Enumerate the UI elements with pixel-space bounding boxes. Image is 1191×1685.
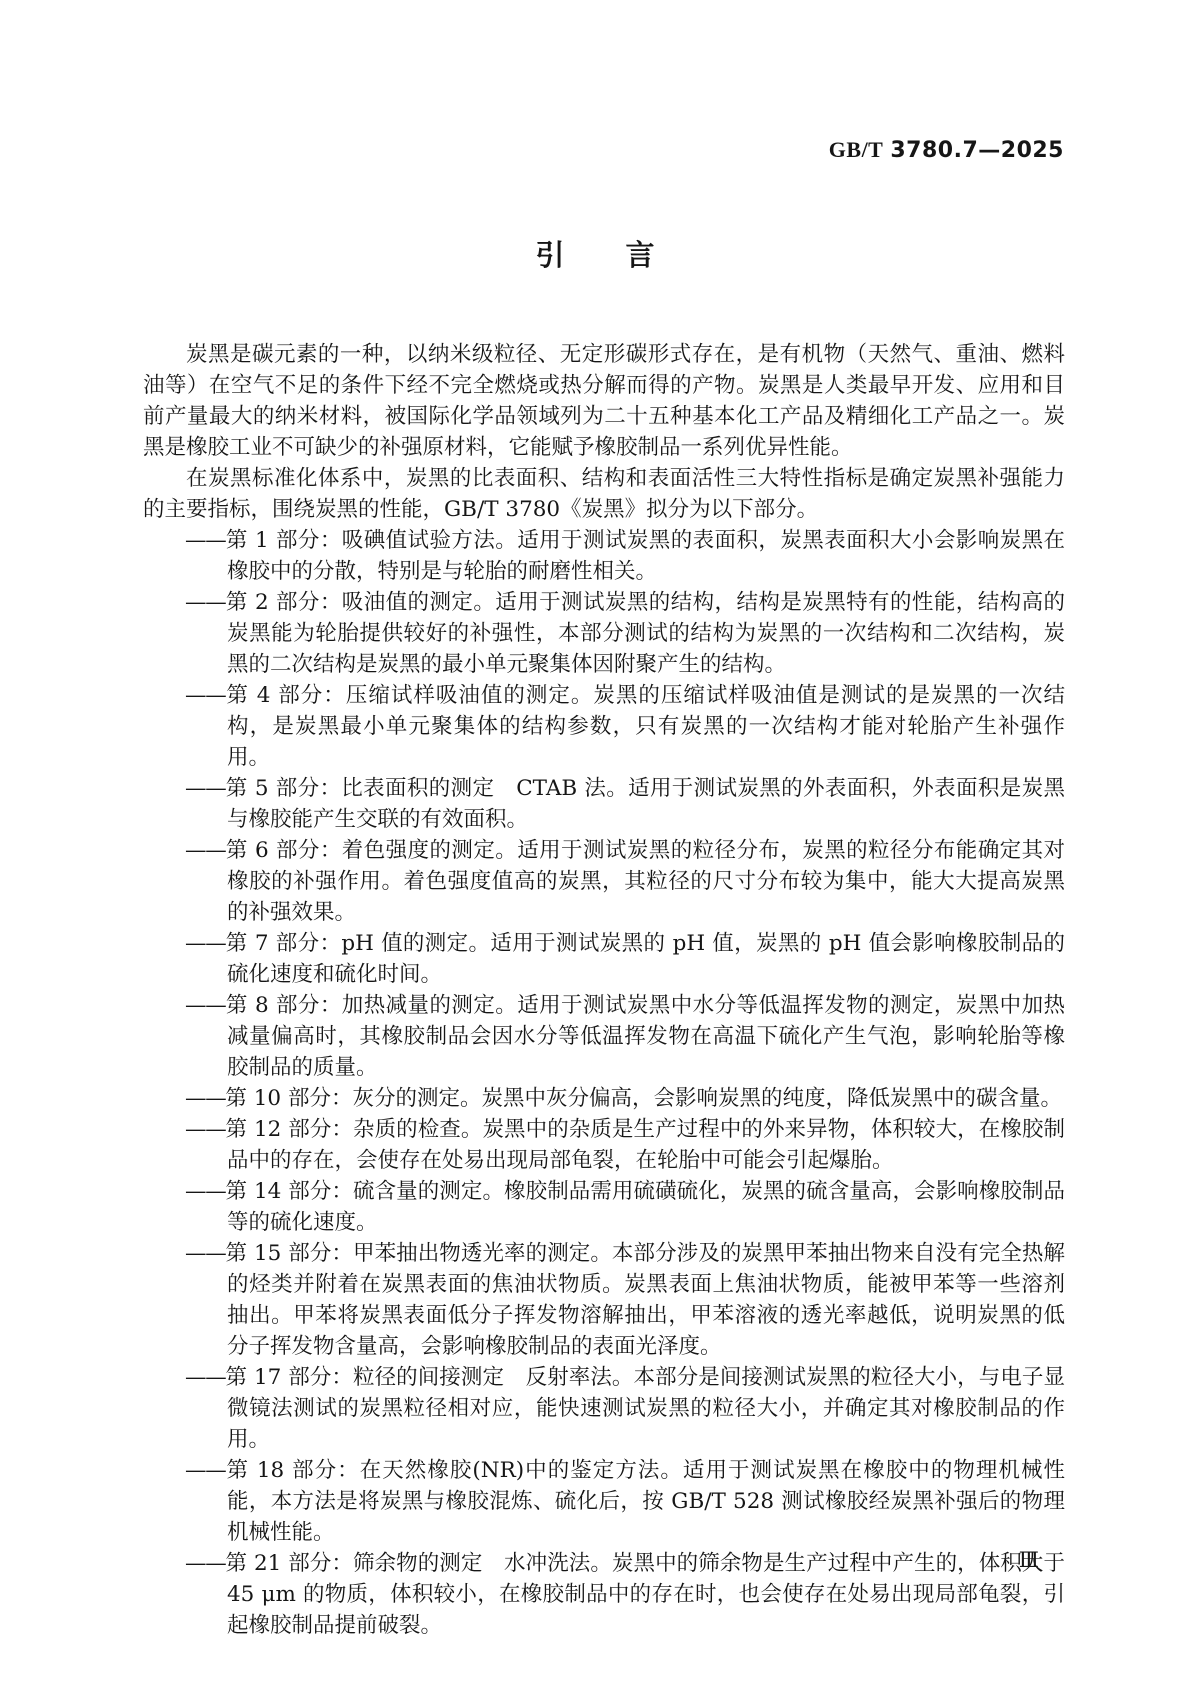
item-dash: —— — [185, 931, 225, 956]
part-item-10: ——第 10 部分：灰分的测定。炭黑中灰分偏高，会影响炭黑的纯度，降低炭黑中的碳… — [227, 1083, 1065, 1114]
standard-number: GB/T3780.7—2025 — [829, 138, 1064, 163]
part-item-15: ——第 15 部分：甲苯抽出物透光率的测定。本部分涉及的炭黑甲苯抽出物来自没有完… — [227, 1238, 1065, 1362]
part-item-1: ——第 1 部分：吸碘值试验方法。适用于测试炭黑的表面积，炭黑表面积大小会影响炭… — [227, 525, 1065, 587]
part-item-text: 第 18 部分：在天然橡胶(NR)中的鉴定方法。适用于测试炭黑在橡胶中的物理机械… — [225, 1458, 1065, 1545]
item-dash: —— — [185, 1458, 225, 1483]
item-dash: —— — [185, 1117, 225, 1142]
intro-paragraph-2: 在炭黑标准化体系中，炭黑的比表面积、结构和表面活性三大特性指标是确定炭黑补强能力… — [143, 463, 1065, 525]
part-item-text: 第 8 部分：加热减量的测定。适用于测试炭黑中水分等低温挥发物的测定，炭黑中加热… — [225, 993, 1065, 1080]
part-item-text: 第 6 部分：着色强度的测定。适用于测试炭黑的粒径分布，炭黑的粒径分布能确定其对… — [225, 838, 1065, 925]
standard-code: 3780.7—2025 — [890, 138, 1064, 163]
part-item-text: 第 17 部分：粒径的间接测定 反射率法。本部分是间接测试炭黑的粒径大小，与电子… — [225, 1365, 1065, 1452]
part-item-7: ——第 7 部分：pH 值的测定。适用于测试炭黑的 pH 值，炭黑的 pH 值会… — [227, 928, 1065, 990]
part-item-8: ——第 8 部分：加热减量的测定。适用于测试炭黑中水分等低温挥发物的测定，炭黑中… — [227, 990, 1065, 1083]
item-dash: —— — [185, 1365, 225, 1390]
item-dash: —— — [185, 1241, 225, 1266]
part-item-5: ——第 5 部分：比表面积的测定 CTAB 法。适用于测试炭黑的外表面积，外表面… — [227, 773, 1065, 835]
page-number: Ⅲ — [1019, 1548, 1039, 1573]
part-item-text: 第 2 部分：吸油值的测定。适用于测试炭黑的结构，结构是炭黑特有的性能，结构高的… — [225, 590, 1065, 677]
part-item-12: ——第 12 部分：杂质的检查。炭黑中的杂质是生产过程中的外来异物，体积较大，在… — [227, 1114, 1065, 1176]
item-dash: —— — [185, 838, 225, 863]
item-dash: —— — [185, 590, 225, 615]
page-title: 引 言 — [0, 238, 1191, 273]
part-item-text: 第 21 部分：筛余物的测定 水冲洗法。炭黑中的筛余物是生产过程中产生的，体积大… — [225, 1551, 1065, 1638]
part-item-17: ——第 17 部分：粒径的间接测定 反射率法。本部分是间接测试炭黑的粒径大小，与… — [227, 1362, 1065, 1455]
item-dash: —— — [185, 993, 225, 1018]
part-item-text: 第 4 部分：压缩试样吸油值的测定。炭黑的压缩试样吸油值是测试的是炭黑的一次结构… — [225, 683, 1065, 770]
part-item-text: 第 15 部分：甲苯抽出物透光率的测定。本部分涉及的炭黑甲苯抽出物来自没有完全热… — [225, 1241, 1065, 1359]
part-item-text: 第 12 部分：杂质的检查。炭黑中的杂质是生产过程中的外来异物，体积较大，在橡胶… — [225, 1117, 1065, 1173]
introduction-body: 炭黑是碳元素的一种，以纳米级粒径、无定形碳形式存在，是有机物（天然气、重油、燃料… — [143, 339, 1065, 1641]
part-item-18: ——第 18 部分：在天然橡胶(NR)中的鉴定方法。适用于测试炭黑在橡胶中的物理… — [227, 1455, 1065, 1548]
item-dash: —— — [185, 1086, 225, 1111]
part-item-text: 第 7 部分：pH 值的测定。适用于测试炭黑的 pH 值，炭黑的 pH 值会影响… — [225, 931, 1065, 987]
part-item-6: ——第 6 部分：着色强度的测定。适用于测试炭黑的粒径分布，炭黑的粒径分布能确定… — [227, 835, 1065, 928]
intro-paragraph-1: 炭黑是碳元素的一种，以纳米级粒径、无定形碳形式存在，是有机物（天然气、重油、燃料… — [143, 339, 1065, 463]
document-page: GB/T3780.7—2025 引 言 炭黑是碳元素的一种，以纳米级粒径、无定形… — [0, 0, 1191, 1685]
part-item-text: 第 10 部分：灰分的测定。炭黑中灰分偏高，会影响炭黑的纯度，降低炭黑中的碳含量… — [225, 1086, 1062, 1111]
item-dash: —— — [185, 1551, 225, 1576]
part-item-2: ——第 2 部分：吸油值的测定。适用于测试炭黑的结构，结构是炭黑特有的性能，结构… — [227, 587, 1065, 680]
standard-prefix: GB/T — [829, 137, 884, 162]
item-dash: —— — [185, 1179, 225, 1204]
item-dash: —— — [185, 683, 225, 708]
item-dash: —— — [185, 776, 225, 801]
part-item-text: 第 5 部分：比表面积的测定 CTAB 法。适用于测试炭黑的外表面积，外表面积是… — [225, 776, 1065, 832]
part-item-21: ——第 21 部分：筛余物的测定 水冲洗法。炭黑中的筛余物是生产过程中产生的，体… — [227, 1548, 1065, 1641]
part-item-14: ——第 14 部分：硫含量的测定。橡胶制品需用硫磺硫化，炭黑的硫含量高，会影响橡… — [227, 1176, 1065, 1238]
part-item-text: 第 14 部分：硫含量的测定。橡胶制品需用硫磺硫化，炭黑的硫含量高，会影响橡胶制… — [225, 1179, 1065, 1235]
part-item-4: ——第 4 部分：压缩试样吸油值的测定。炭黑的压缩试样吸油值是测试的是炭黑的一次… — [227, 680, 1065, 773]
part-item-text: 第 1 部分：吸碘值试验方法。适用于测试炭黑的表面积，炭黑表面积大小会影响炭黑在… — [225, 528, 1065, 584]
item-dash: —— — [185, 528, 225, 553]
